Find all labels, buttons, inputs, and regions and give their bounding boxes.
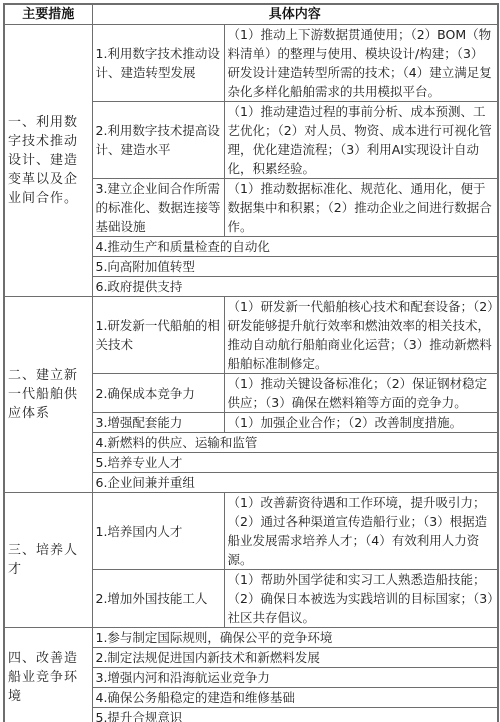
item-cell: 3.建立企业间合作所需的标准化、数据连接等基础设施 bbox=[92, 179, 224, 237]
category-cell: 二、建立新一代船舶供应体系 bbox=[4, 297, 92, 493]
item-cell: 2.增加外国技能工人 bbox=[92, 570, 224, 628]
item-cell: 1.参与制定国际规则，确保公平的竞争环境 bbox=[92, 628, 498, 648]
item-cell: 6.企业间兼并重组 bbox=[92, 473, 498, 493]
detail-cell: （1）推动关键设备标准化；（2）保证钢材稳定供应；（3）确保在燃料箱等方面的竞争… bbox=[224, 374, 498, 413]
item-cell: 4.新燃料的供应、运输和监管 bbox=[92, 433, 498, 453]
measures-table: 主要措施 具体内容 一、利用数字技术推动设计、建造变革以及企业间合作。 1.利用… bbox=[3, 3, 499, 722]
item-cell: 4.推动生产和质量检查的自动化 bbox=[92, 237, 498, 257]
detail-cell: （1）加强企业合作；（2）改善制度措施。 bbox=[224, 413, 498, 433]
header-measure: 主要措施 bbox=[4, 4, 92, 25]
header-content: 具体内容 bbox=[92, 4, 498, 25]
detail-cell: （1）研发新一代船舶核心技术和配套设备；（2）研发能够提升航行效率和燃油效率的相… bbox=[224, 297, 498, 374]
table-row: 一、利用数字技术推动设计、建造变革以及企业间合作。 1.利用数字技术推动设计、建… bbox=[4, 25, 498, 102]
detail-cell: （1）推动上下游数据贯通使用；（2）BOM（物料清单）的整理与使用、模块设计/构… bbox=[224, 25, 498, 102]
item-cell: 5.向高附加值转型 bbox=[92, 257, 498, 277]
category-cell: 三、培养人才 bbox=[4, 493, 92, 628]
item-cell: 5.培养专业人才 bbox=[92, 453, 498, 473]
detail-cell: （1）改善薪资待遇和工作环境，提升吸引力；（2）通过各种渠道宣传造船行业；（3）… bbox=[224, 493, 498, 570]
item-cell: 2.制定法规促进国内新技术和新燃料发展 bbox=[92, 648, 498, 668]
item-cell: 1.研发新一代船舶的相关技术 bbox=[92, 297, 224, 374]
detail-cell: （1）帮助外国学徒和实习工人熟悉造船技能；（2）确保日本被选为实践培训的目标国家… bbox=[224, 570, 498, 628]
item-cell: 6.政府提供支持 bbox=[92, 277, 498, 297]
detail-cell: （1）推动数据标准化、规范化、通用化，便于数据集中和积累；（2）推动企业之间进行… bbox=[224, 179, 498, 237]
table-row: 三、培养人才 1.培养国内人才 （1）改善薪资待遇和工作环境，提升吸引力；（2）… bbox=[4, 493, 498, 570]
table-row: 四、改善造船业竞争环境 1.参与制定国际规则，确保公平的竞争环境 bbox=[4, 628, 498, 648]
item-cell: 1.培养国内人才 bbox=[92, 493, 224, 570]
category-cell: 四、改善造船业竞争环境 bbox=[4, 628, 92, 722]
table-row: 二、建立新一代船舶供应体系 1.研发新一代船舶的相关技术 （1）研发新一代船舶核… bbox=[4, 297, 498, 374]
header-row: 主要措施 具体内容 bbox=[4, 4, 498, 25]
item-cell: 3.增强内河和沿海航运业竞争力 bbox=[92, 668, 498, 688]
detail-cell: （1）推动建造过程的事前分析、成本预测、工艺优化；（2）对人员、物资、成本进行可… bbox=[224, 102, 498, 179]
item-cell: 2.确保成本竞争力 bbox=[92, 374, 224, 413]
item-cell: 2.利用数字技术提高设计、建造水平 bbox=[92, 102, 224, 179]
category-cell: 一、利用数字技术推动设计、建造变革以及企业间合作。 bbox=[4, 25, 92, 297]
item-cell: 4.确保公务船稳定的建造和维修基础 bbox=[92, 688, 498, 708]
item-cell: 3.增强配套能力 bbox=[92, 413, 224, 433]
item-cell: 5.提升合规意识 bbox=[92, 708, 498, 722]
item-cell: 1.利用数字技术推动设计、建造转型发展 bbox=[92, 25, 224, 102]
